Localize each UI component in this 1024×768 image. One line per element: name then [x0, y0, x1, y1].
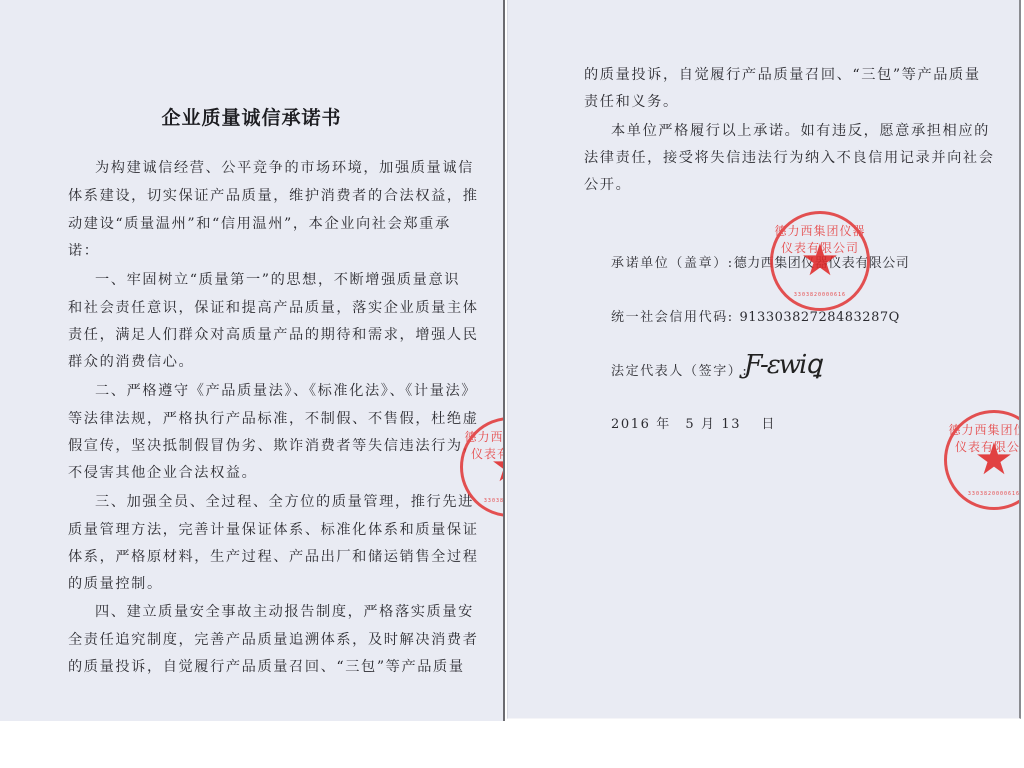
item2-line: 不侵害其他企业合法权益。 — [68, 462, 257, 482]
star-icon: ★ — [800, 239, 839, 283]
intro-line: 为构建诚信经营、公平竞争的市场环境，加强质量诚信 — [95, 157, 474, 177]
closing-line: 法律责任，接受将失信违法行为纳入不良信用记录并向社会 — [584, 147, 994, 167]
item4-line: 全责任追究制度，完善产品质量追溯体系，及时解决消费者 — [68, 629, 478, 649]
document-page-1: 企业质量诚信承诺书 为构建诚信经营、公平竞争的市场环境，加强质量诚信 体系建设，… — [0, 0, 505, 721]
item1-line: 和社会责任意识，保证和提高产品质量，落实企业质量主体 — [68, 297, 478, 317]
legal-rep-label: 法定代表人（签字）: — [611, 364, 748, 379]
item4-line: 的质量投诉，自觉履行产品质量召回、“三包”等产品质量 — [68, 656, 465, 676]
company-seal-partial: 德力西集团仪器仪表有限公司 ★ 3303820000616 — [460, 417, 505, 517]
item3-line: 三、加强全员、全过程、全方位的质量管理，推行先进 — [95, 491, 474, 511]
document-page-2: 的质量投诉，自觉履行产品质量召回、“三包”等产品质量 责任和义务。 本单位严格履… — [507, 0, 1021, 719]
item3-line: 的质量控制。 — [68, 573, 163, 593]
item4-cont-line: 责任和义务。 — [584, 91, 679, 111]
star-icon: ★ — [490, 445, 505, 489]
item4-line: 四、建立质量安全事故主动报告制度，严格落实质量安 — [95, 601, 474, 621]
closing-line: 本单位严格履行以上承诺。如有违反，愿意承担相应的 — [611, 120, 990, 140]
credit-code-row: 统一社会信用代码: 91330382728483287Q — [611, 306, 900, 325]
seal-code: 3303820000616 — [947, 491, 1021, 497]
credit-code-value: 91330382728483287Q — [740, 310, 900, 325]
closing-line: 公开。 — [584, 174, 631, 194]
intro-line: 体系建设，切实保证产品质量，维护消费者的合法权益，推 — [68, 185, 478, 205]
legal-rep-row: 法定代表人（签字）: — [611, 360, 748, 379]
seal-code: 3303820000616 — [773, 292, 867, 298]
item1-line: 责任，满足人们群众对高质量产品的期待和需求，增强人民 — [68, 324, 478, 344]
seal-code: 3303820000616 — [463, 498, 505, 504]
signature: Ƒ-ɛwiꝗ — [744, 350, 820, 380]
date: 2016 年 5 月 13 日 — [611, 413, 776, 432]
intro-line: 动建设“质量温州”和“信用温州”，本企业向社会郑重承 — [68, 213, 451, 233]
item4-cont-line: 的质量投诉，自觉履行产品质量召回、“三包”等产品质量 — [584, 64, 981, 84]
item2-line: 二、严格遵守《产品质量法》、《标准化法》、《计量法》 — [95, 380, 477, 400]
item2-line: 假宣传，坚决抵制假冒伪劣、欺诈消费者等失信违法行为， — [68, 435, 478, 455]
company-seal-partial: 德力西集团仪器仪表有限公司 ★ 3303820000616 — [944, 410, 1021, 510]
item1-line: 群众的消费信心。 — [68, 351, 194, 371]
item3-line: 体系，严格原材料，生产过程、产品出厂和储运销售全过程 — [68, 546, 478, 566]
document-title: 企业质量诚信承诺书 — [0, 103, 503, 130]
star-icon: ★ — [974, 438, 1013, 482]
item1-line: 一、牢固树立“质量第一”的思想，不断增强质量意识 — [95, 269, 460, 289]
credit-code-label: 统一社会信用代码: — [611, 310, 734, 325]
unit-label: 承诺单位（盖章）: — [611, 256, 734, 271]
company-seal: 德力西集团仪器仪表有限公司 ★ 3303820000616 — [770, 211, 870, 311]
item3-line: 质量管理方法，完善计量保证体系、标准化体系和质量保证 — [68, 519, 478, 539]
item2-line: 等法律法规，严格执行产品标准，不制假、不售假，杜绝虚 — [68, 408, 478, 428]
intro-line: 诺： — [68, 240, 100, 260]
